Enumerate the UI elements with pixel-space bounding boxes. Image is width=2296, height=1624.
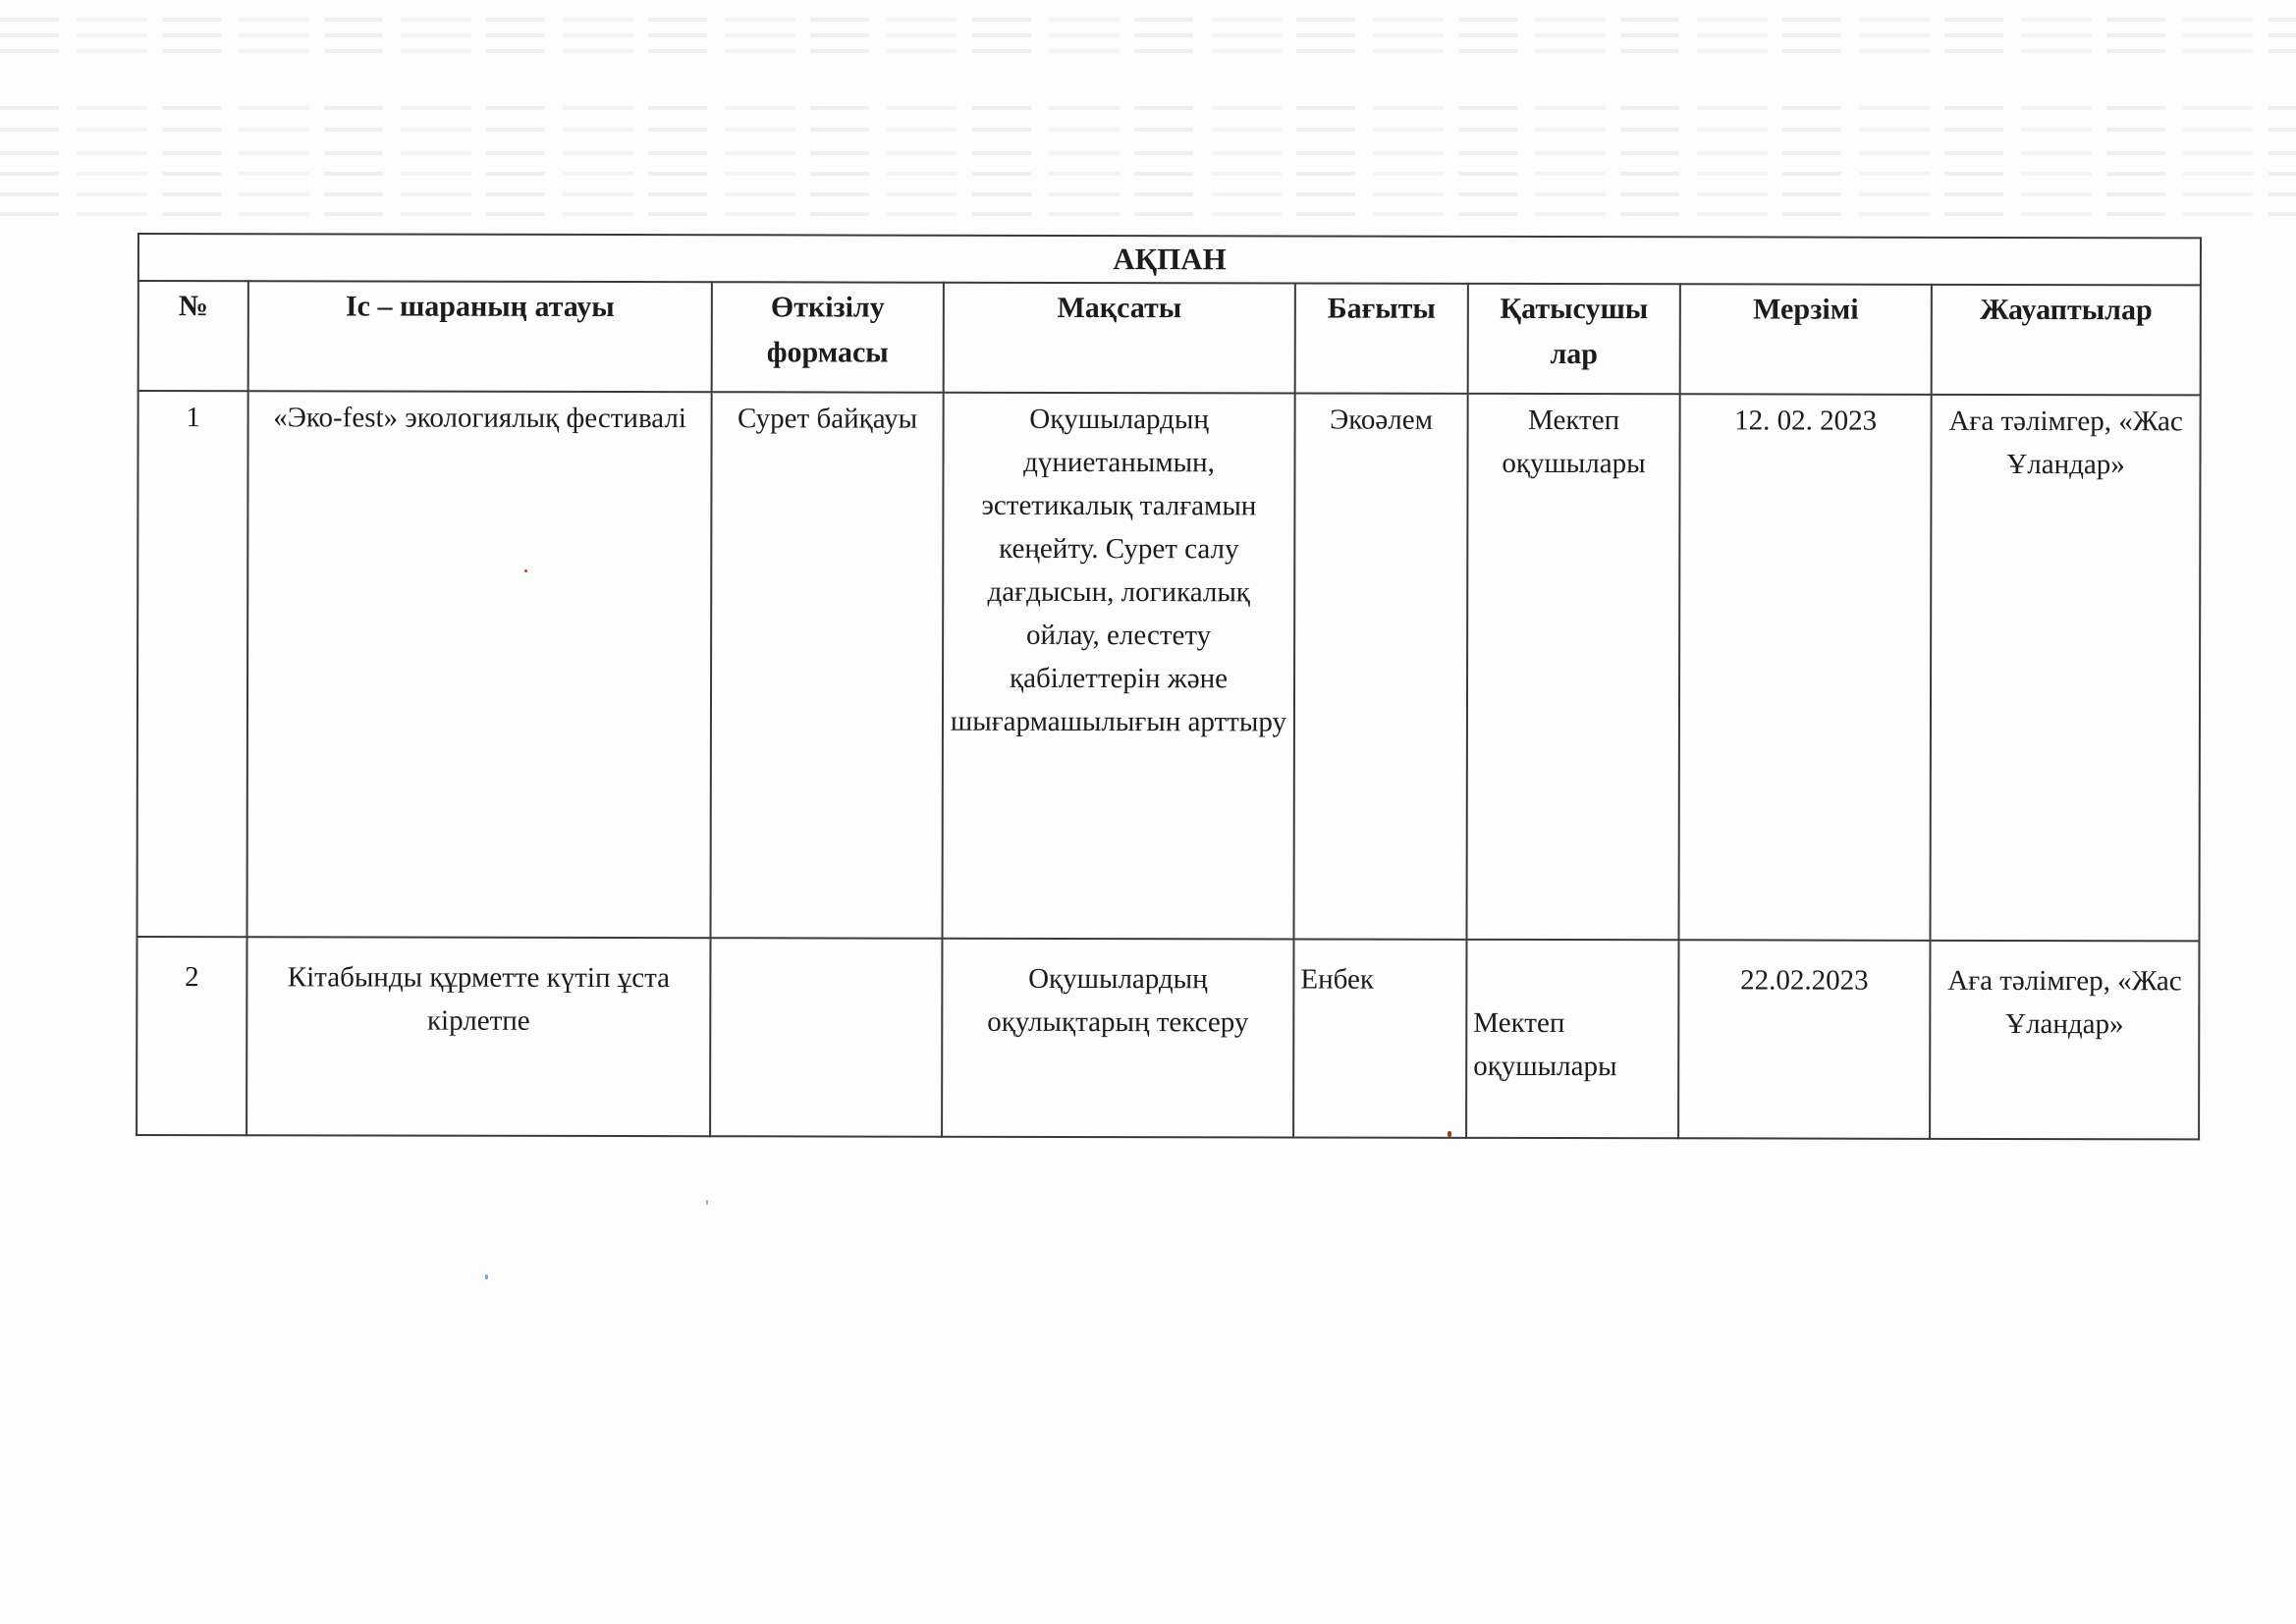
header-event-name: Іс – шараның атауы (248, 281, 712, 392)
event-name: «Эко-fest» экологиялық фестивалі (246, 391, 711, 938)
header-participants-line-1: Қатысушы (1500, 293, 1648, 325)
row-number: 1 (137, 391, 247, 937)
event-goal: Оқушылардың оқулықтарың тексеру (942, 939, 1293, 1138)
column-header-row: № Іс – шараның атауы Өткізілу формасы Ма… (138, 281, 2201, 395)
header-number: № (138, 281, 248, 391)
event-responsible: Аға тәлімгер, «Жас Ұландар» (1930, 941, 2200, 1140)
event-date: 22.02.2023 (1678, 940, 1930, 1139)
event-participants: Мектеп оқушылары (1466, 394, 1679, 940)
header-responsible: Жауаптылар (1932, 285, 2201, 396)
table-row: 1 «Эко-fest» экологиялық фестивалі Сурет… (137, 391, 2200, 941)
scan-speck (706, 1200, 708, 1205)
month-title-row: АҚПАН (138, 234, 2201, 285)
header-date: Мерзімі (1680, 284, 1932, 395)
header-participants-line-2: лар (1550, 338, 1598, 370)
event-form (710, 938, 942, 1136)
event-direction: Енбек (1293, 939, 1466, 1137)
month-title: АҚПАН (138, 234, 2201, 285)
table-row: 2 Кітабынды құрметте күтіп ұста кірлетпе… (137, 937, 2200, 1139)
event-date: 12. 02. 2023 (1678, 394, 1931, 941)
header-participants: Қатысушы лар (1468, 284, 1680, 394)
event-direction: Экоәлем (1293, 393, 1467, 939)
event-form: Сурет байқауы (710, 392, 943, 938)
event-plan-table: АҚПАН № Іс – шараның атауы Өткізілу форм… (136, 233, 2202, 1140)
scan-speck (1448, 1131, 1451, 1137)
scan-speck (485, 1274, 488, 1279)
event-name: Кітабынды құрметте күтіп ұста кірлетпе (246, 937, 710, 1136)
event-responsible: Аға тәлімгер, «Жас Ұландар» (1930, 395, 2200, 942)
header-form-line-2: формасы (767, 336, 889, 368)
header-form: Өткізілу формасы (712, 282, 944, 392)
header-direction: Бағыты (1295, 283, 1468, 393)
event-goal: Оқушылардың дүниетанымын, эстетикалық та… (942, 393, 1294, 940)
header-goal: Мақсаты (944, 283, 1295, 394)
event-participants: Мектеп оқушылары (1466, 940, 1678, 1138)
header-form-line-1: Өткізілу (771, 291, 885, 323)
row-number: 2 (137, 937, 246, 1135)
reverse-side-bleed-through (0, 0, 2296, 236)
event-participants-text: Мектеп оқушылары (1473, 958, 1671, 1088)
scan-speck (524, 569, 527, 572)
